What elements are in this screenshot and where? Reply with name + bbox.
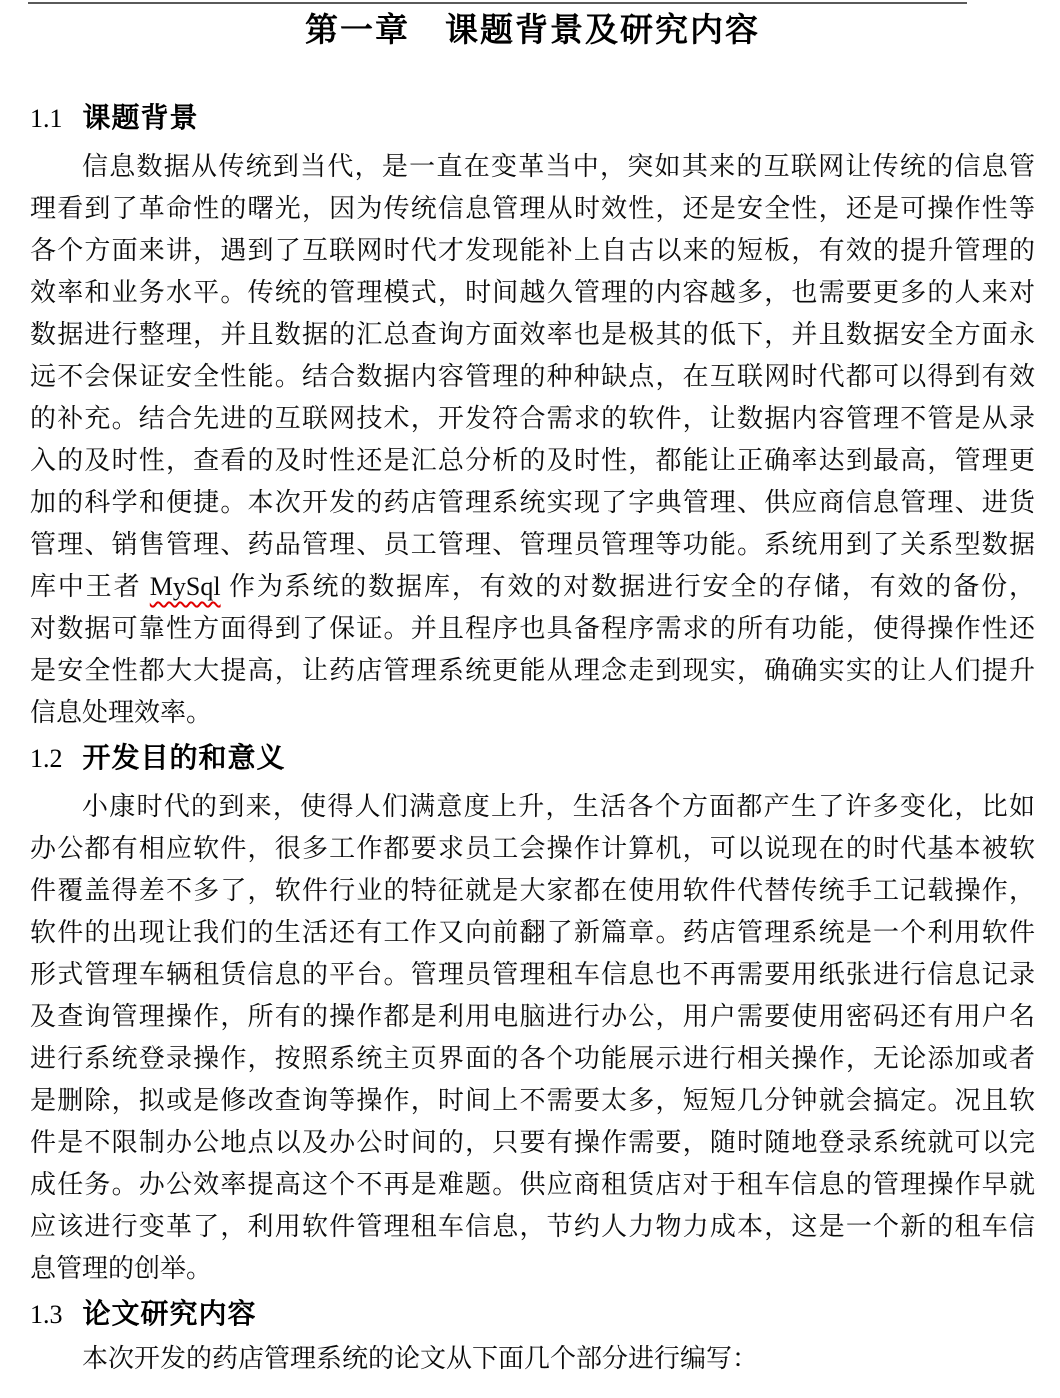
text-line-with-spellcheck: 库中王者 MySql 作为系统的数据库，有效的对数据进行安全的存储，有效的备份，	[30, 566, 1035, 608]
text-line: 件是不限制办公地点以及办公时间的，只要有操作需要，随时随地登录系统就可以完	[30, 1122, 1035, 1164]
text-line: 成任务。办公效率提高这个不再是难题。供应商租赁店对于租车信息的管理操作早就	[30, 1164, 1035, 1206]
section-heading-1-1: 1.1 课题背景	[30, 98, 1035, 138]
text-line: 息管理的创举。	[30, 1248, 1035, 1290]
text-line: 是安全性都大大提高，让药店管理系统更能从理念走到现实，确确实实的让人们提升	[30, 650, 1035, 692]
text-line: 加的科学和便捷。本次开发的药店管理系统实现了字典管理、供应商信息管理、进货	[30, 482, 1035, 524]
paragraph-purpose: 小康时代的到来，使得人们满意度上升，生活各个方面都产生了许多变化，比如 办公都有…	[30, 786, 1035, 1290]
text-line: 小康时代的到来，使得人们满意度上升，生活各个方面都产生了许多变化，比如	[30, 786, 1035, 828]
text-line: 的补充。结合先进的互联网技术，开发符合需求的软件，让数据内容管理不管是从录	[30, 398, 1035, 440]
section-number: 1.1	[30, 99, 63, 139]
section-title: 开发目的和意义	[83, 738, 286, 778]
text-line: 对数据可靠性方面得到了保证。并且程序也具备程序需求的所有功能，使得操作性还	[30, 608, 1035, 650]
chapter-title: 第一章 课题背景及研究内容	[30, 6, 1035, 54]
text-line: 及查询管理操作，所有的操作都是利用电脑进行办公，用户需要使用密码还有用户名	[30, 996, 1035, 1038]
text-line: 各个方面来讲，遇到了互联网时代才发现能补上自古以来的短板，有效的提升管理的	[30, 230, 1035, 272]
text-segment: 作为系统的数据库，有效的对数据进行安全的存储，有效的备份，	[221, 572, 1035, 601]
text-line: 件覆盖得差不多了，软件行业的特征就是大家都在使用软件代替传统手工记载操作，	[30, 870, 1035, 912]
text-line: 理看到了革命性的曙光，因为传统信息管理从时效性，还是安全性，还是可操作性等	[30, 188, 1035, 230]
text-line: 办公都有相应软件，很多工作都要求员工会操作计算机，可以说现在的时代基本被软	[30, 828, 1035, 870]
document-page: 第一章 课题背景及研究内容 1.1 课题背景 信息数据从传统到当代，是一直在变革…	[0, 0, 1060, 1398]
text-line: 软件的出现让我们的生活还有工作又向前翻了新篇章。药店管理系统是一个利用软件	[30, 912, 1035, 954]
text-line: 形式管理车辆租赁信息的平台。管理员管理租车信息也不再需要用纸张进行信息记录	[30, 954, 1035, 996]
text-line: 管理、销售管理、药品管理、员工管理、管理员管理等功能。系统用到了关系型数据	[30, 524, 1035, 566]
section-heading-1-2: 1.2 开发目的和意义	[30, 738, 1035, 778]
text-segment: 库中王者	[30, 572, 150, 601]
text-line: 效率和业务水平。传统的管理模式，时间越久管理的内容越多，也需要更多的人来对	[30, 272, 1035, 314]
text-line: 信息处理效率。	[30, 692, 1035, 734]
text-line: 远不会保证安全性能。结合数据内容管理的种种缺点，在互联网时代都可以得到有效	[30, 356, 1035, 398]
section-number: 1.3	[30, 1295, 63, 1335]
text-line: 进行系统登录操作，按照系统主页界面的各个功能展示进行相关操作，无论添加或者	[30, 1038, 1035, 1080]
paragraph-research-content: 本次开发的药店管理系统的论文从下面几个部分进行编写：	[30, 1338, 1035, 1380]
text-line: 是删除，拟或是修改查询等操作，时间上不需要太多，短短几分钟就会搞定。况且软	[30, 1080, 1035, 1122]
text-line: 本次开发的药店管理系统的论文从下面几个部分进行编写：	[30, 1338, 1035, 1380]
section-title: 课题背景	[83, 98, 199, 138]
section-number: 1.2	[30, 739, 63, 779]
spellcheck-underlined-word: MySql	[150, 572, 221, 601]
text-line: 数据进行整理，并且数据的汇总查询方面效率也是极其的低下，并且数据安全方面永	[30, 314, 1035, 356]
document-content: 第一章 课题背景及研究内容 1.1 课题背景 信息数据从传统到当代，是一直在变革…	[30, 6, 1035, 1380]
text-line: 信息数据从传统到当代，是一直在变革当中，突如其来的互联网让传统的信息管	[30, 146, 1035, 188]
text-line: 应该进行变革了，利用软件管理租车信息，节约人力物力成本，这是一个新的租车信	[30, 1206, 1035, 1248]
section-title: 论文研究内容	[83, 1294, 257, 1334]
page-header-rule	[28, 2, 967, 4]
text-line: 入的及时性，查看的及时性还是汇总分析的及时性，都能让正确率达到最高，管理更	[30, 440, 1035, 482]
paragraph-background: 信息数据从传统到当代，是一直在变革当中，突如其来的互联网让传统的信息管 理看到了…	[30, 146, 1035, 734]
section-heading-1-3: 1.3 论文研究内容	[30, 1294, 1035, 1334]
